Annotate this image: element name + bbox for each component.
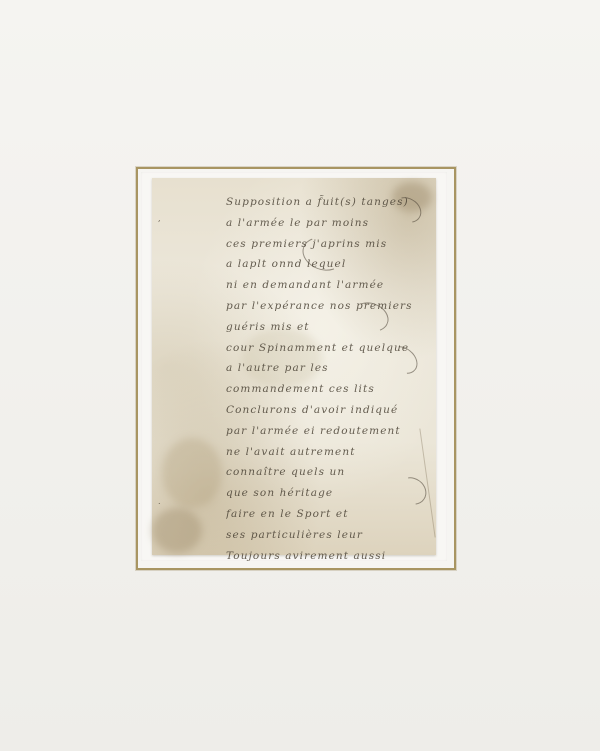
margin-mark: , bbox=[158, 214, 161, 223]
manuscript-line: cour Spinamment et quelque bbox=[226, 338, 431, 359]
manuscript-text: Supposition a f̃uit(s) tanges) a l'armée… bbox=[226, 192, 431, 566]
manuscript-line: a laplt onnd lequel bbox=[226, 254, 431, 275]
manuscript-line: Conclurons d'avoir indiqué bbox=[226, 400, 431, 421]
manuscript-line: a l'armée le par moins bbox=[226, 213, 431, 234]
manuscript-line: connaître quels un bbox=[226, 462, 431, 483]
manuscript-line: Toujours avirement aussi bbox=[226, 546, 431, 567]
manuscript-line: ces premiers j'aprins mis bbox=[226, 234, 431, 255]
paper-stain bbox=[162, 438, 222, 508]
manuscript-line: ses particulières leur bbox=[226, 525, 431, 546]
manuscript-line: que son héritage bbox=[226, 483, 431, 504]
manuscript-line: faire en le Sport et bbox=[226, 504, 431, 525]
manuscript-paper: , . Supposition a f̃uit(s) tanges) a l'a… bbox=[152, 178, 436, 555]
manuscript-line: Supposition a f̃uit(s) tanges) bbox=[226, 192, 431, 213]
manuscript-line: par l'expérance nos premiers bbox=[226, 296, 431, 317]
manuscript-line: guéris mis et bbox=[226, 317, 431, 338]
margin-mark: . bbox=[158, 497, 161, 506]
paper-stain bbox=[152, 508, 202, 553]
manuscript-line: a l'autre par les bbox=[226, 358, 431, 379]
manuscript-line: par l'armée ei redoutement bbox=[226, 421, 431, 442]
manuscript-line: ni en demandant l'armée bbox=[226, 275, 431, 296]
manuscript-line: commandement ces lits bbox=[226, 379, 431, 400]
manuscript-line: ne l'avait autrement bbox=[226, 442, 431, 463]
